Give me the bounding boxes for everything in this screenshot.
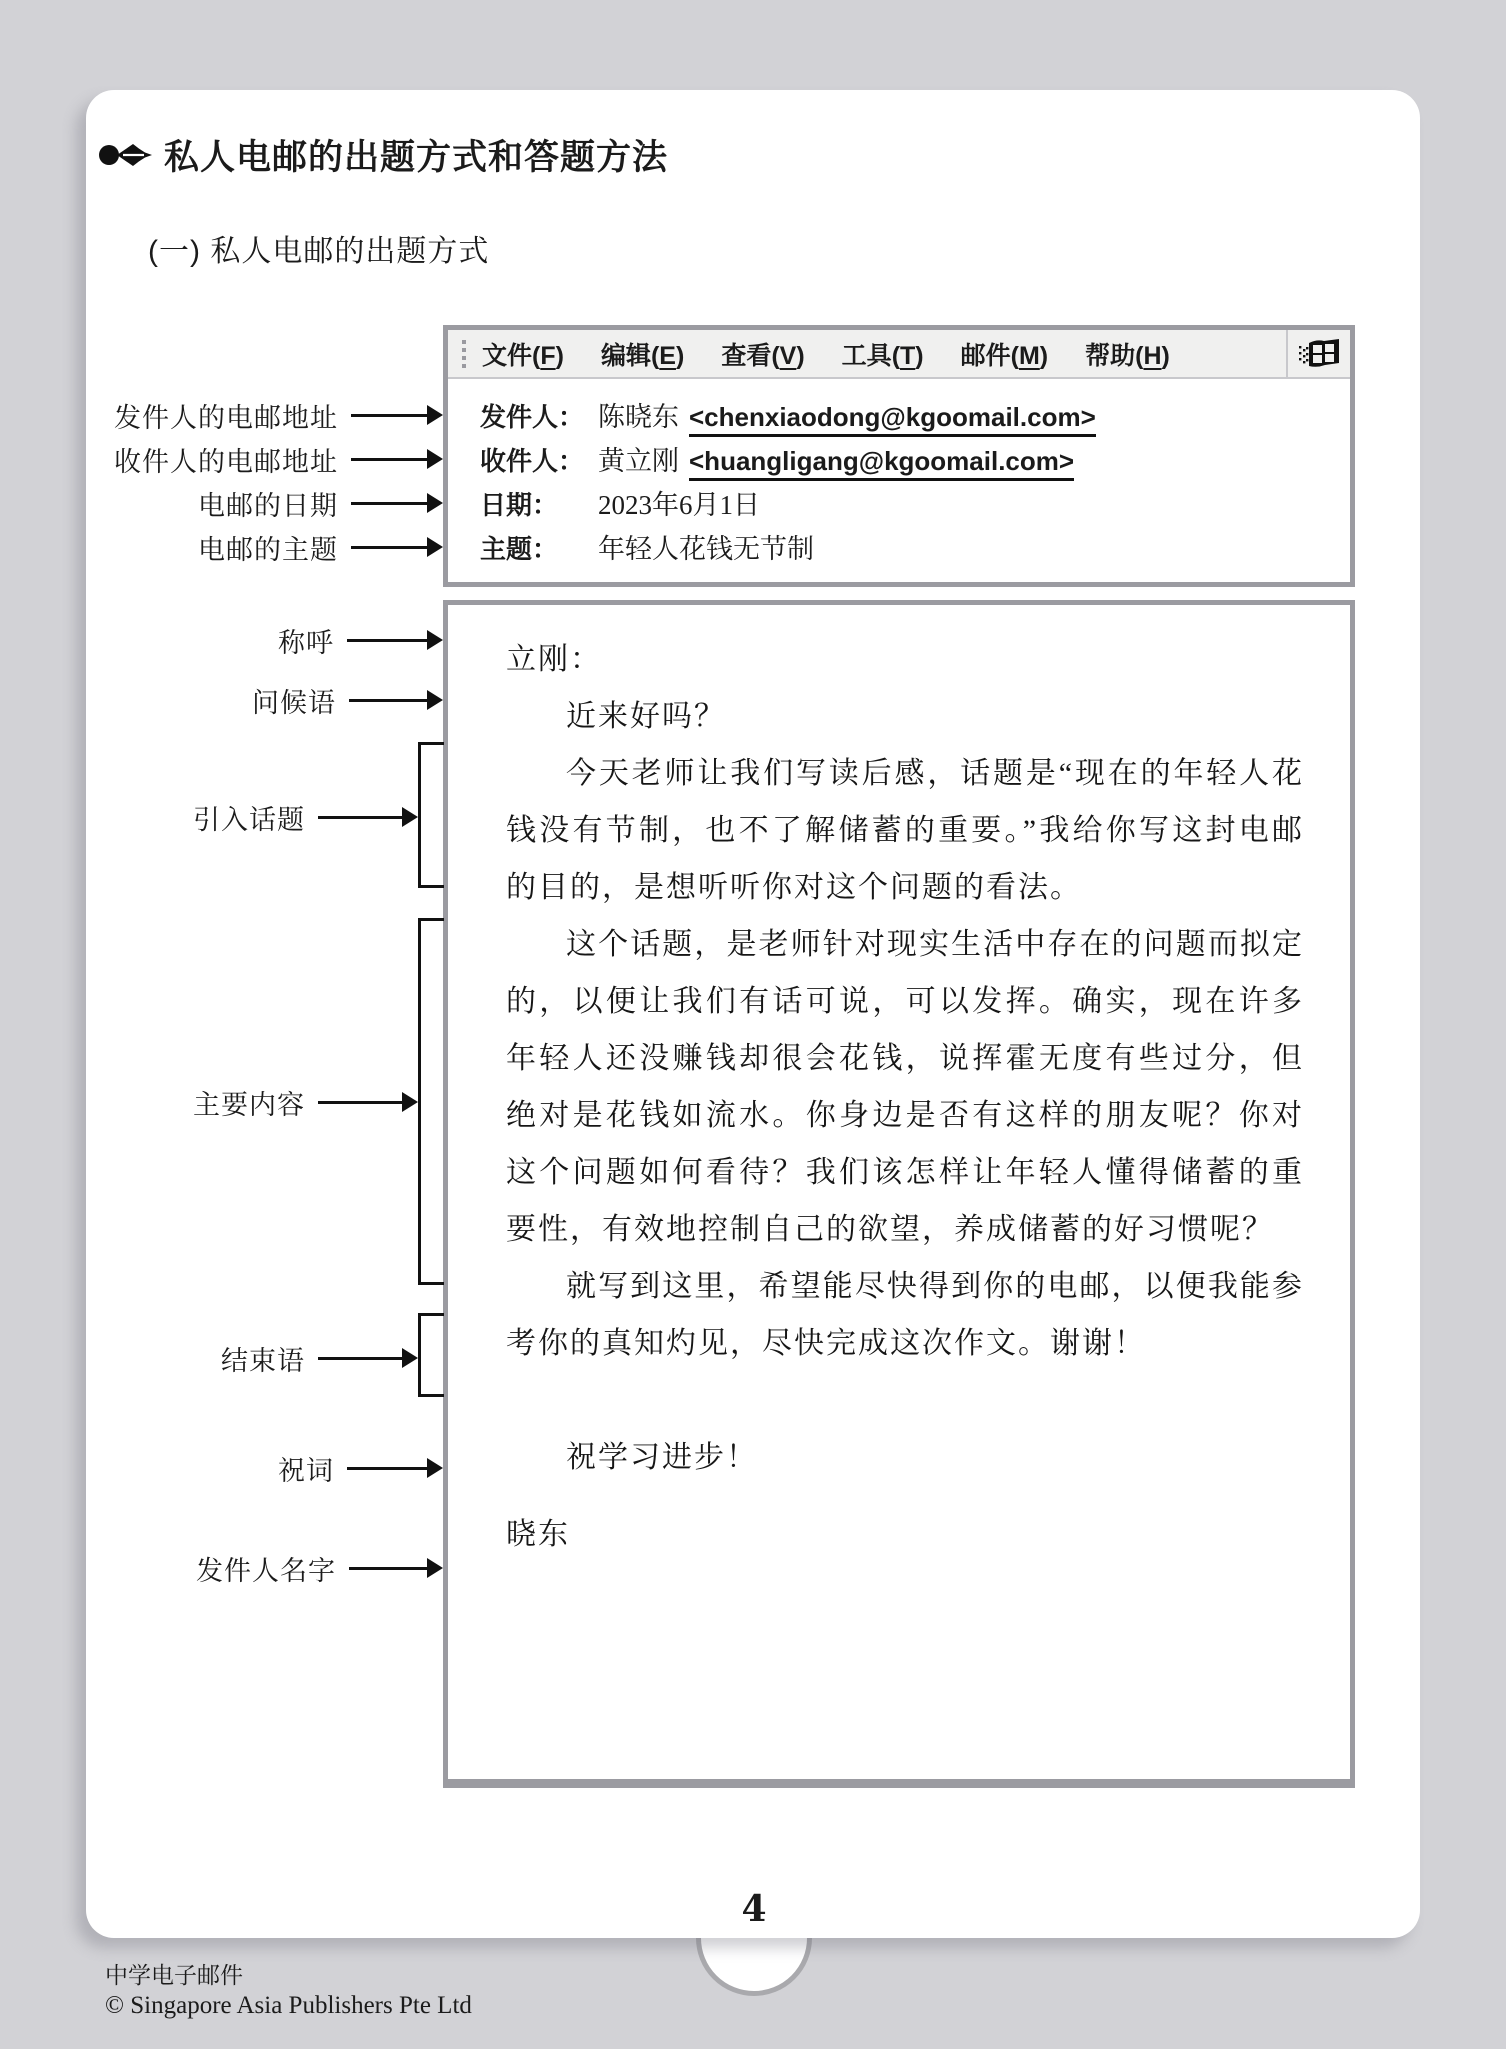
arrow-right-icon <box>349 690 443 710</box>
header-from-row: 发件人： 陈晓东 <chenxiaodong@kgoomail.com> <box>480 395 1350 439</box>
menu-file[interactable]: 文件(F) <box>482 336 564 372</box>
from-email-link[interactable]: <chenxiaodong@kgoomail.com> <box>689 402 1096 437</box>
greeting: 近来好吗？ <box>506 688 1304 745</box>
from-label: 发件人： <box>480 397 598 434</box>
pen-nib-icon <box>98 137 154 173</box>
arrow-right-icon <box>351 449 443 469</box>
arrow-right-icon <box>351 493 443 513</box>
subject-label: 主题： <box>480 529 598 566</box>
date-value: 2023年6月1日 <box>598 483 760 522</box>
menu-help[interactable]: 帮助(H) <box>1085 336 1170 372</box>
arrow-right-icon <box>349 1558 443 1578</box>
to-name: 黄立刚 <box>598 439 679 478</box>
wish-line: 祝学习进步！ <box>506 1429 1304 1486</box>
footer-copyright: © Singapore Asia Publishers Pte Ltd <box>105 1992 472 2020</box>
bracket-closing <box>418 1313 444 1397</box>
email-body-box: 立刚： 近来好吗？ 今天老师让我们写读后感，话题是“现在的年轻人花钱没有节制，也… <box>443 600 1355 1788</box>
windows-flag-icon[interactable] <box>1286 330 1350 377</box>
arrow-right-icon <box>347 1458 443 1478</box>
paragraph-intro: 今天老师让我们写读后感，话题是“现在的年轻人花钱没有节制，也不了解储蓄的重要。”… <box>506 745 1304 916</box>
to-label: 收件人： <box>480 441 598 478</box>
arrow-right-icon <box>318 1348 418 1368</box>
paragraph-closing: 就写到这里，希望能尽快得到你的电邮，以便我能参考你的真知灼见，尽快完成这次作文。… <box>506 1258 1304 1372</box>
bracket-topic-intro <box>418 742 444 888</box>
annotation-salutation: 称呼 <box>278 622 443 658</box>
annotation-sender-address: 发件人的电邮地址 <box>114 397 443 433</box>
menu-bar: 文件(F) 编辑(E) 查看(V) 工具(T) 邮件(M) 帮助(H) <box>448 330 1350 379</box>
subject-value: 年轻人花钱无节制 <box>598 527 814 566</box>
arrow-right-icon <box>351 537 443 557</box>
menu-view[interactable]: 查看(V) <box>721 336 804 372</box>
signature: 晓东 <box>506 1506 1304 1563</box>
date-label: 日期： <box>480 485 598 522</box>
salutation: 立刚： <box>506 631 1304 688</box>
email-headers: 发件人： 陈晓东 <chenxiaodong@kgoomail.com> 收件人… <box>448 379 1350 571</box>
annotation-email-date: 电邮的日期 <box>198 485 443 521</box>
annotation-topic-intro: 引入话题 <box>193 799 418 835</box>
page-number: 4 <box>722 1888 786 1930</box>
footer-series-title: 中学电子邮件 <box>105 1957 243 1990</box>
page-title: 私人电邮的出题方式和答题方法 <box>164 130 668 180</box>
arrow-right-icon <box>351 405 443 425</box>
toolbar-grip-handle[interactable] <box>462 340 466 368</box>
header-date-row: 日期： 2023年6月1日 <box>480 483 1350 527</box>
bracket-main-content <box>418 918 444 1285</box>
annotation-main-content: 主要内容 <box>193 1084 418 1120</box>
menu-mail[interactable]: 邮件(M) <box>961 336 1049 372</box>
menu-edit[interactable]: 编辑(E) <box>601 336 684 372</box>
from-name: 陈晓东 <box>598 395 679 434</box>
annotation-closing: 结束语 <box>221 1340 418 1376</box>
to-email-link[interactable]: <huangligang@kgoomail.com> <box>689 446 1074 481</box>
email-window-header-box: 文件(F) 编辑(E) 查看(V) 工具(T) 邮件(M) 帮助(H) <box>443 325 1355 587</box>
header-subject-row: 主题： 年轻人花钱无节制 <box>480 527 1350 571</box>
annotation-email-subject: 电邮的主题 <box>198 529 443 565</box>
header-to-row: 收件人： 黄立刚 <huangligang@kgoomail.com> <box>480 439 1350 483</box>
email-body-text: 立刚： 近来好吗？ 今天老师让我们写读后感，话题是“现在的年轻人花钱没有节制，也… <box>448 605 1350 1563</box>
section-title-row: 私人电邮的出题方式和答题方法 <box>98 130 668 180</box>
arrow-right-icon <box>318 807 418 827</box>
annotation-wish: 祝词 <box>278 1450 443 1486</box>
annotation-greeting: 问候语 <box>252 682 443 718</box>
annotation-sender-name: 发件人名字 <box>196 1550 443 1586</box>
arrow-right-icon <box>318 1092 418 1112</box>
menu-tools[interactable]: 工具(T) <box>842 336 924 372</box>
arrow-right-icon <box>347 630 443 650</box>
paragraph-main: 这个话题，是老师针对现实生活中存在的问题而拟定的，以便让我们有话可说，可以发挥。… <box>506 916 1304 1258</box>
annotation-recipient-address: 收件人的电邮地址 <box>114 441 443 477</box>
page-subtitle: (一) 私人电邮的出题方式 <box>148 226 489 270</box>
